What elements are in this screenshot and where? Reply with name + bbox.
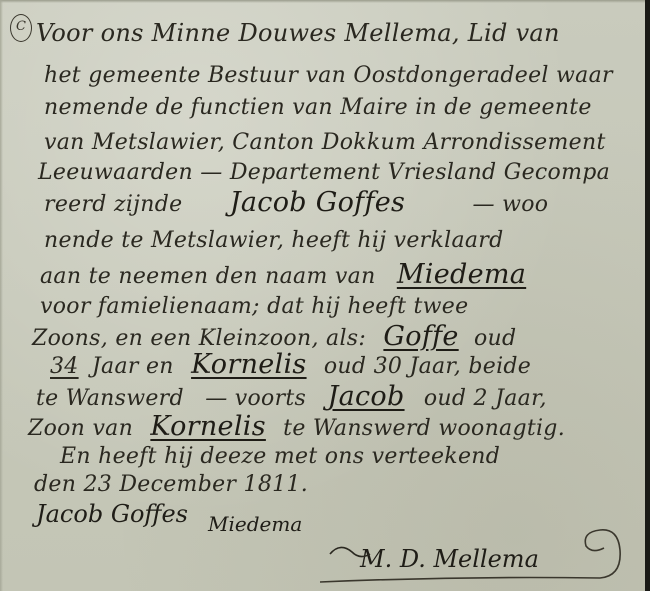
residence: te Wanswerd (36, 386, 184, 411)
page-edge-left (0, 0, 3, 591)
text-line-10: Zoons, en een Kleinzoon, als: Goffe oud (32, 324, 516, 352)
text-line-4: van Metslawier, Canton Dokkum Arrondisse… (44, 130, 606, 156)
signature-flourish (300, 520, 630, 588)
text-line: Zoons, en een Kleinzoon, als: (32, 326, 366, 351)
text-line: nemende de functien van Maire in de geme… (44, 95, 592, 120)
text-line: aan te neemen den naam van (40, 264, 376, 289)
text-line-11: 34 Jaar en Kornelis oud 30 Jaar, beide (50, 352, 531, 380)
text-line-9: voor famielienaam; dat hij heeft twee (40, 294, 468, 320)
text-line-6: reerd zijnde Jacob Goffes — woo (44, 190, 548, 218)
text-line: het gemeente Bestuur van Oostdongeradeel… (44, 63, 613, 88)
text-line-2: het gemeente Bestuur van Oostdongeradeel… (44, 63, 613, 89)
page-edge-top (0, 0, 645, 3)
text-line-13: Zoon van Kornelis te Wanswerd woonagtig. (28, 414, 565, 442)
text-line: Leeuwaarden — Departement Vriesland Geco… (38, 160, 610, 185)
text-line: oud 30 Jaar, beide (324, 354, 531, 379)
text-line: nende te Metslawier, heeft hij verklaard (44, 228, 503, 253)
text-line: — woo (472, 192, 548, 217)
text-line: voor famielienaam; dat hij heeft twee (40, 294, 468, 319)
text-line: Voor ons Minne Douwes Mellema, Lid van (36, 19, 560, 47)
text-line-8: aan te neemen den naam van Miedema (40, 262, 526, 290)
text-line: oud (474, 326, 516, 351)
adopted-surname: Miedema (397, 259, 526, 290)
signature-jacob-goffes: Jacob Goffes (36, 500, 188, 528)
text-line: En heeft hij deeze met ons verteekend (60, 444, 500, 469)
son-name-kornelis: Kornelis (191, 349, 307, 380)
text-line: te Wanswerd woonagtig. (283, 416, 565, 441)
text-line-14: En heeft hij deeze met ons verteekend (60, 444, 500, 470)
document-date: den 23 December 1811. (34, 472, 308, 497)
text-line: Zoon van (28, 416, 133, 441)
text-line: van Metslawier, Canton Dokkum Arrondisse… (44, 130, 606, 155)
father-name-kornelis: Kornelis (150, 411, 266, 442)
text-line-5: Leeuwaarden — Departement Vriesland Geco… (38, 160, 610, 186)
grandson-name-jacob: Jacob (327, 381, 404, 412)
signature-miedema: Miedema (208, 512, 302, 536)
son-name-goffe: Goffe (383, 321, 458, 352)
scanned-document-page: C Voor ons Minne Douwes Mellema, Lid van… (0, 0, 650, 591)
text-line-15: den 23 December 1811. (34, 472, 308, 498)
text-line-12: te Wanswerd — voorts Jacob oud 2 Jaar, (36, 384, 547, 412)
text-line: — voorts (205, 386, 306, 411)
text-line: Jaar en (92, 354, 174, 379)
age-goffe: 34 (50, 354, 79, 379)
text-line-7: nende te Metslawier, heeft hij verklaard (44, 228, 503, 254)
declarant-name: Jacob Goffes (230, 187, 405, 218)
text-line: oud 2 Jaar, (424, 386, 547, 411)
text-line-1: Voor ons Minne Douwes Mellema, Lid van (36, 20, 560, 46)
text-line: reerd zijnde (44, 192, 182, 217)
margin-mark: C (10, 14, 32, 42)
text-line-3: nemende de functien van Maire in de geme… (44, 95, 592, 121)
